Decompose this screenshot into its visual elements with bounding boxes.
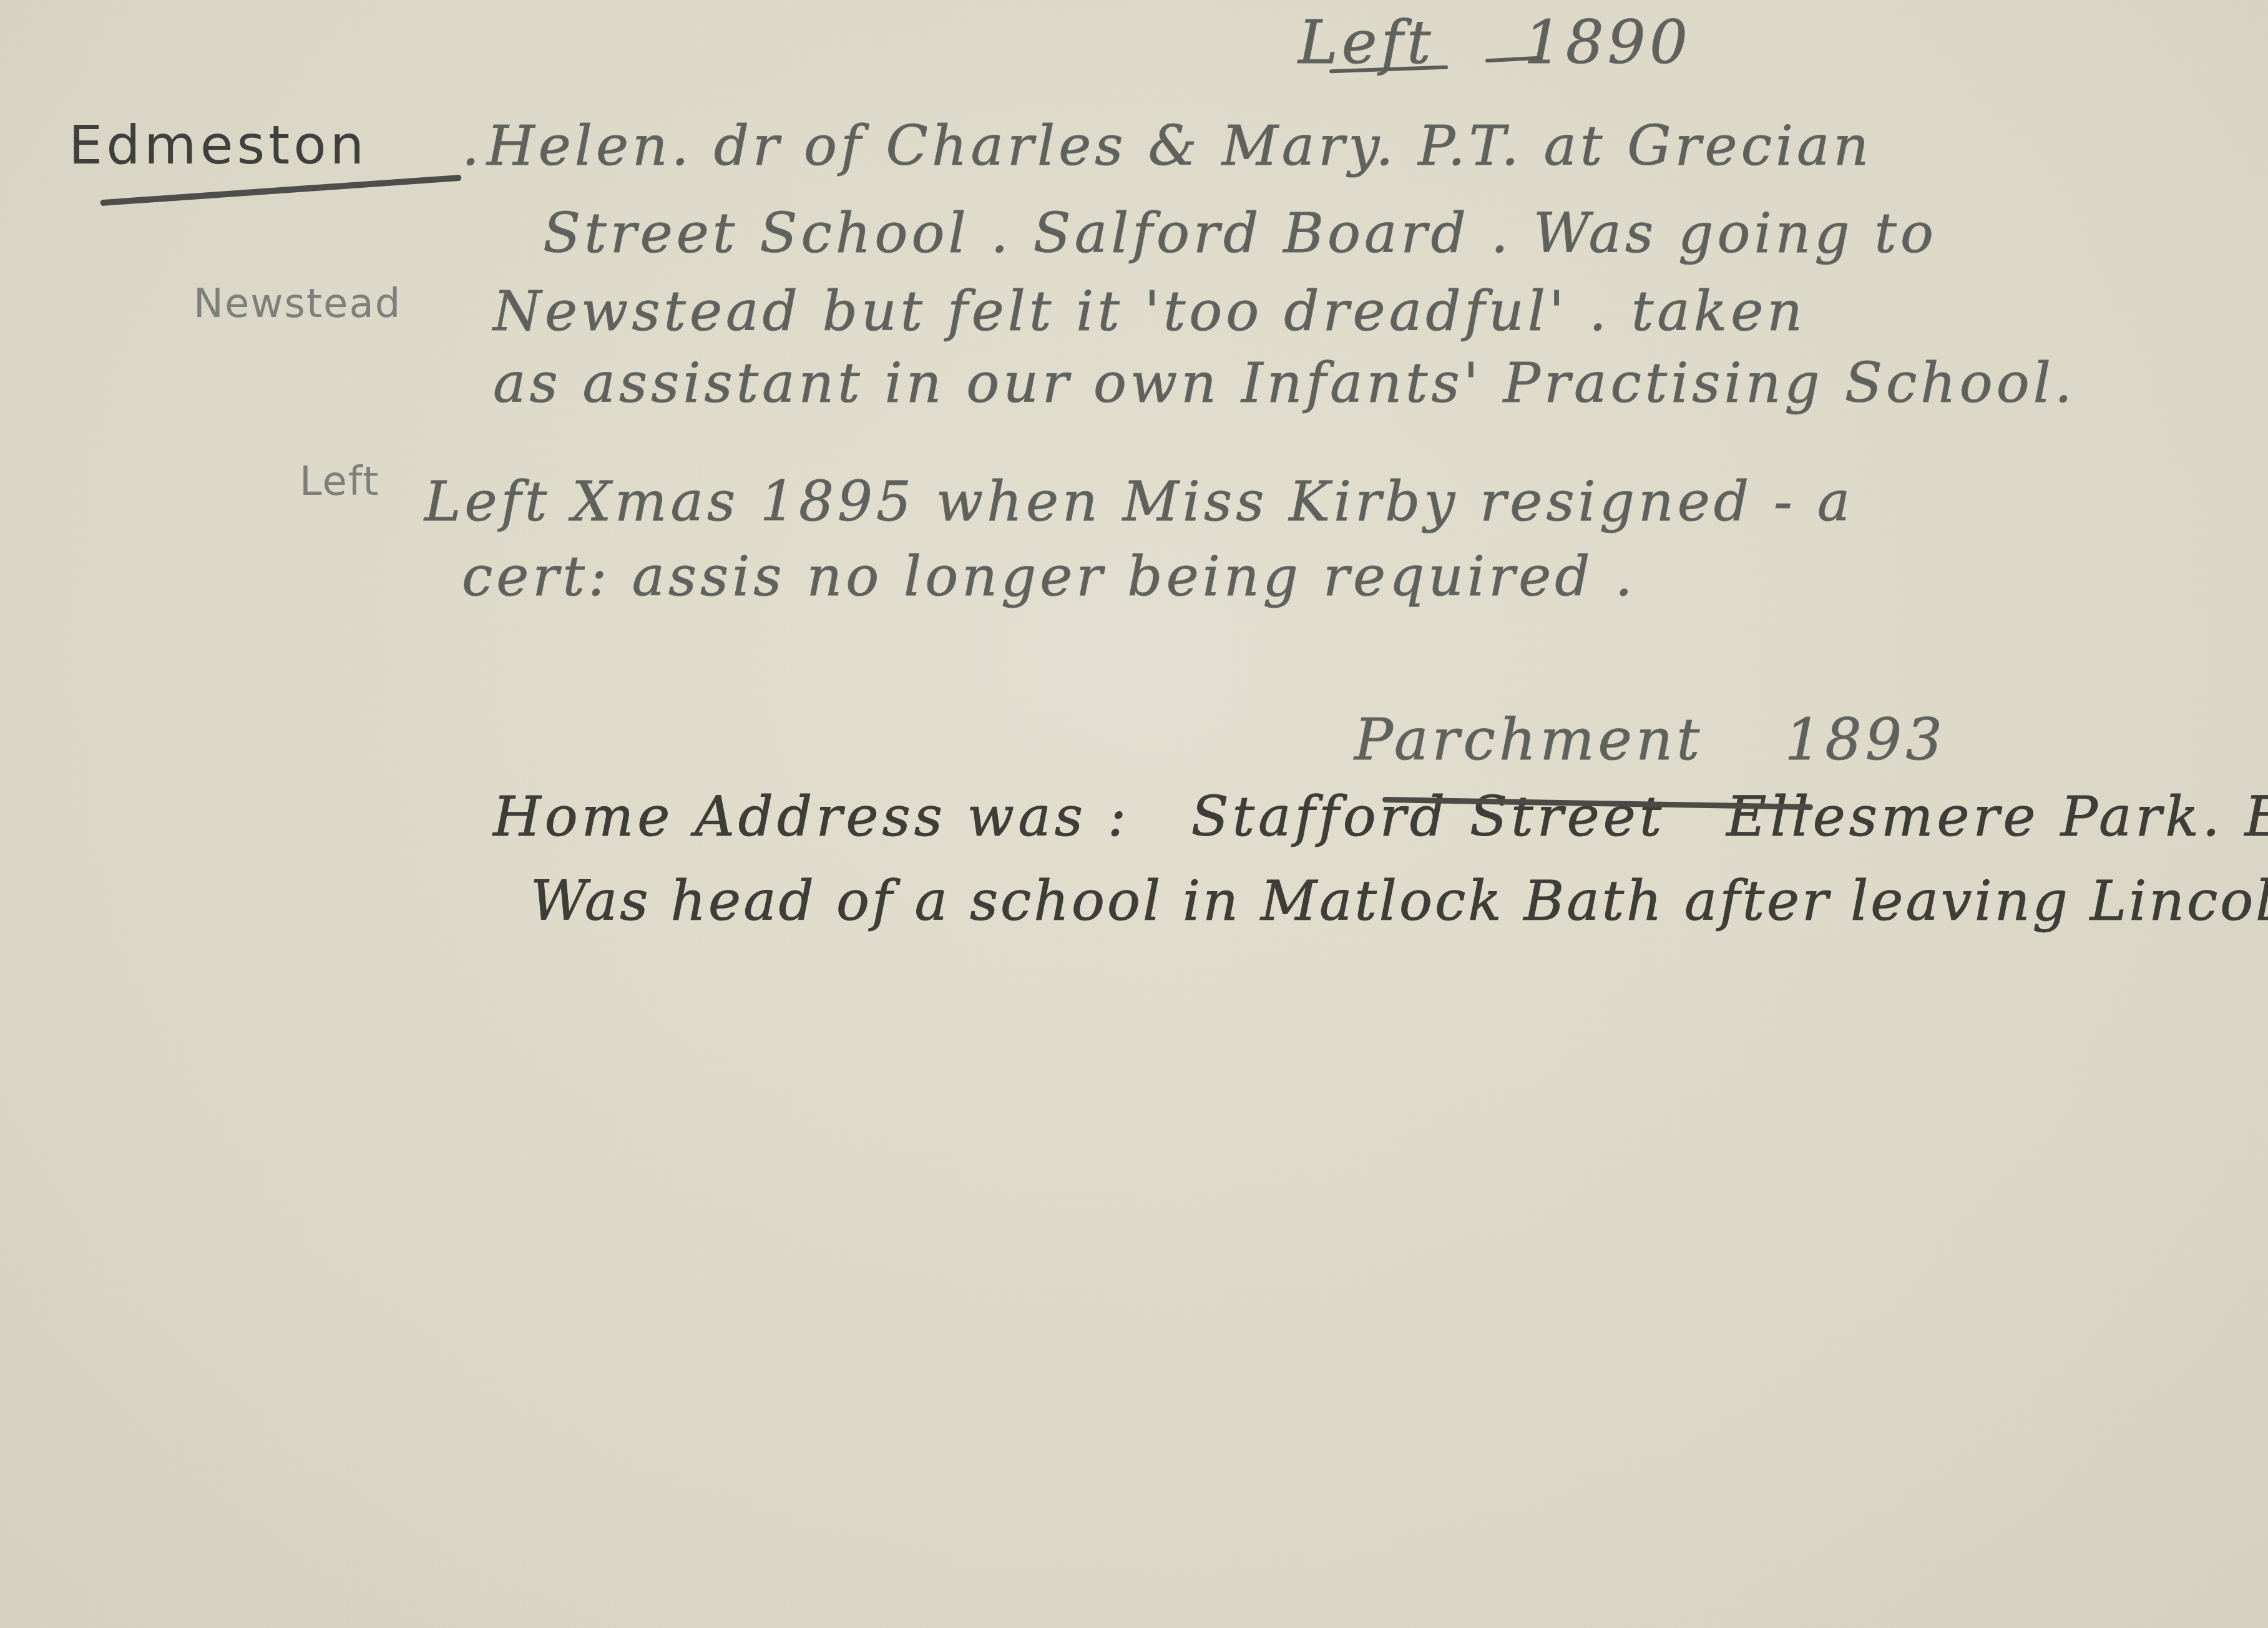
parchment-year: 1893 — [1785, 706, 1946, 773]
address-street: Stafford Street — [1191, 784, 1665, 849]
later-career-note: Was head of a school in Matlock Bath aft… — [530, 874, 2268, 929]
address-struck-word: Ellesmere — [1726, 784, 2039, 849]
surname-separator: . — [462, 119, 483, 173]
entry-line-1: Helen. dr of Charles & Mary. P.T. at Gre… — [487, 119, 1872, 173]
address-suffix: Park. Eccles — [2061, 784, 2268, 849]
register-page: Left 1890 Edmeston . Helen. dr of Charle… — [0, 0, 2268, 1628]
margin-note-newstead: Newstead — [193, 284, 401, 324]
address-prefix: Home Address was : — [493, 784, 1130, 849]
parchment-note: Parchment 1893 — [1354, 711, 1946, 769]
header-left-status: Left 1890 — [1298, 12, 1691, 72]
margin-note-left: Left — [300, 462, 379, 502]
parchment-label: Parchment — [1354, 706, 1703, 773]
entry-line-2: Street School . Salford Board . Was goin… — [543, 206, 1937, 261]
entry-surname: Edmeston — [69, 119, 368, 172]
entry-line-6: cert: assis no longer being required . — [462, 549, 1636, 604]
surname-underline — [100, 175, 461, 206]
home-address-line: Home Address was : Stafford Street Elles… — [493, 789, 2268, 844]
entry-line-4: as assistant in our own Infants' Practis… — [493, 356, 2076, 411]
entry-line-3: Newstead but felt it 'too dreadful' . ta… — [493, 284, 1806, 339]
header-year: 1890 — [1524, 7, 1691, 77]
entry-line-5: Left Xmas 1895 when Miss Kirby resigned … — [424, 474, 1854, 529]
